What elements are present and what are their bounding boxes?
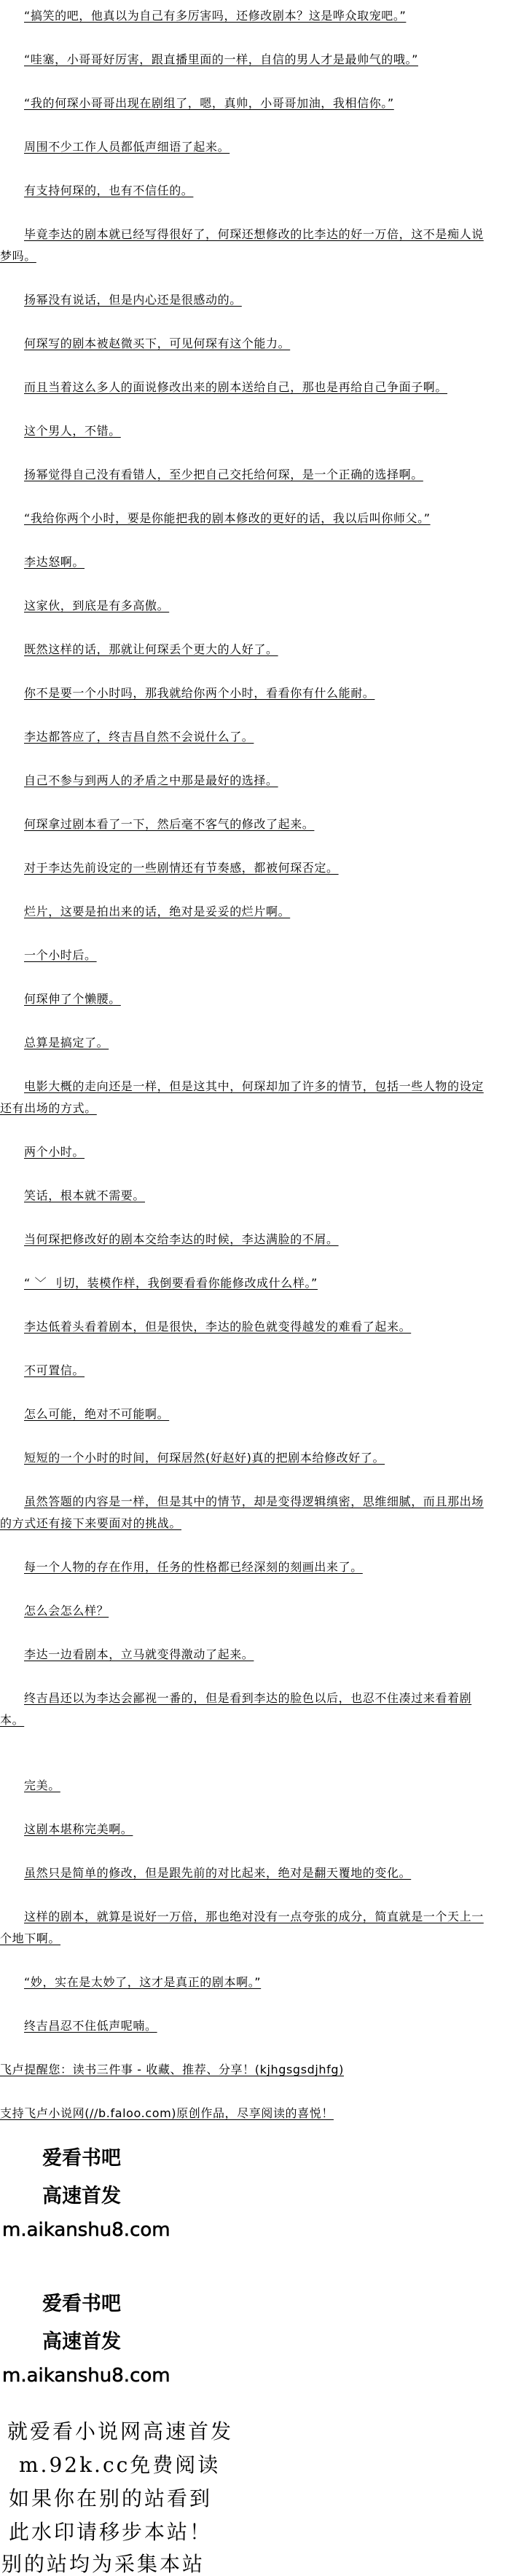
paragraph: 李达怒啊。 — [0, 551, 510, 573]
watermark-line: 就爱看小说网高速首发 — [7, 2419, 233, 2444]
watermark-slogan: 高速首发 — [42, 2331, 121, 2354]
watermark-url: m.aikanshu8.com — [2, 2364, 170, 2387]
watermark-line: m.92k.cc免费阅读 — [19, 2453, 220, 2478]
paragraph: “搞笑的吧，他真以为自己有多厉害吗，还修改剧本？这是哗众取宠吧。” — [0, 5, 510, 27]
paragraph: 总算是搞定了。 — [0, 1032, 510, 1054]
paragraph: 这家伙，到底是有多高傲。 — [0, 595, 510, 617]
watermark-line: 别的站均为采集本站 — [1, 2552, 205, 2576]
paragraph: 虽然只是简单的修改，但是跟先前的对比起来，绝对是翻天覆地的变化。 — [0, 1862, 510, 1884]
paragraph: 终吉昌还以为李达会鄙视一番的，但是看到李达的脸色以后，也忍不住凑过来看着剧本。 — [0, 1687, 510, 1731]
faloo-support-note: 支持飞卢小说网(//b.faloo.com)原创作品，尽享阅读的喜悦！ — [0, 2103, 510, 2124]
paragraph: 扬幂没有说话，但是内心还是很感动的。 — [0, 289, 510, 311]
paragraph: 周围不少工作人员都低声细语了起来。 — [0, 136, 510, 158]
paragraph: 每一个人物的存在作用，任务的性格都已经深刻的刻画出来了。 — [0, 1556, 510, 1578]
paragraph: “我给你两个小时，要是你能把我的剧本修改的更好的话，我以后叫你师父。” — [0, 508, 510, 529]
paragraph: 不可置信。 — [0, 1360, 510, 1382]
paragraph: 李达都答应了，终吉昌自然不会说什么了。 — [0, 726, 510, 748]
paragraph: 毕竟李达的剧本就已经写得很好了，何琛还想修改的比李达的好一万倍，这不是痴人说梦吗… — [0, 224, 510, 267]
paragraph: 既然这样的话，那就让何琛丢个更大的人好了。 — [0, 639, 510, 661]
watermark-site-name: 爱看书吧 — [42, 2147, 121, 2170]
paragraph: 何琛拿过剧本看了一下，然后毫不客气的修改了起来。 — [0, 814, 510, 835]
paragraph: 李达低着头看着剧本，但是很快，李达的脸色就变得越发的难看了起来。 — [0, 1316, 510, 1338]
paragraph: 何琛伸了个懒腰。 — [0, 988, 510, 1010]
chapter-text: “搞笑的吧，他真以为自己有多厉害吗，还修改剧本？这是哗众取宠吧。”“哇塞，小哥哥… — [0, 5, 510, 2146]
watermark-url: m.aikanshu8.com — [2, 2218, 170, 2242]
paragraph: 自己不参与到两人的矛盾之中那是最好的选择。 — [0, 770, 510, 792]
paragraph: 烂片，这要是拍出来的话，绝对是妥妥的烂片啊。 — [0, 901, 510, 923]
paragraph: 短短的一个小时的时间，何琛居然(好赵好)真的把剧本给修改好了。 — [0, 1447, 510, 1469]
paragraph: 何琛写的剧本被赵微买下，可见何琛有这个能力。 — [0, 333, 510, 355]
paragraph: 扬幂觉得自己没有看错人，至少把自己交托给何琛，是一个正确的选择啊。 — [0, 464, 510, 486]
paragraph: 这个男人，不错。 — [0, 420, 510, 442]
watermark-slogan: 高速首发 — [42, 2185, 121, 2208]
paragraph: 这样的剧本，就算是说好一万倍，那也绝对没有一点夸张的成分，简直就是一个天上一个地… — [0, 1906, 510, 1950]
paragraph: 笑话，根本就不需要。 — [0, 1185, 510, 1207]
watermark-line: 如果你在别的站看到 — [9, 2486, 212, 2511]
paragraph: 完美。 — [0, 1775, 510, 1797]
faloo-reminder-note: 飞卢提醒您：读书三件事 - 收藏、推荐、分享！(kjhgsgsdjhfg) — [0, 2059, 510, 2081]
paragraph: “妙，实在是太妙了，这才是真正的剧本啊。” — [0, 1972, 510, 1993]
paragraph: 而且当着这么多人的面说修改出来的剧本送给自己，那也是再给自己争面子啊。 — [0, 377, 510, 398]
watermark-line: 此水印请移步本站！ — [9, 2520, 212, 2545]
paragraph: 电影大概的走向还是一样，但是这其中，何琛却加了许多的情节，包括一些人物的设定还有… — [0, 1076, 510, 1119]
paragraph: 一个小时后。 — [0, 945, 510, 966]
paragraph: 当何琛把修改好的剧本交给李达的时候，李达满脸的不屑。 — [0, 1229, 510, 1250]
paragraph: 你不是要一个小时吗，那我就给你两个小时，看看你有什么能耐。 — [0, 682, 510, 704]
paragraph: “我的何琛小哥哥出现在剧组了，嗯，真帅，小哥哥加油，我相信你。” — [0, 92, 510, 114]
paragraph: 李达一边看剧本，立马就变得激动了起来。 — [0, 1644, 510, 1666]
paragraph: “ ﹀ 刂切，装模作样，我倒要看看你能修改成什么样。” — [0, 1272, 510, 1294]
paragraph: 怎么会怎么样？ — [0, 1600, 510, 1622]
paragraph: 终吉昌忍不住低声呢喃。 — [0, 2015, 510, 2037]
watermark-site-name: 爱看书吧 — [42, 2293, 121, 2316]
paragraph-spacer — [0, 1753, 510, 1775]
paragraph: “哇塞，小哥哥好厉害，跟直播里面的一样，自信的男人才是最帅气的哦。” — [0, 49, 510, 71]
paragraph: 有支持何琛的，也有不信任的。 — [0, 180, 510, 202]
paragraph: 对于李达先前设定的一些剧情还有节奏感，都被何琛否定。 — [0, 857, 510, 879]
paragraph: 这剧本堪称完美啊。 — [0, 1819, 510, 1840]
paragraph: 怎么可能，绝对不可能啊。 — [0, 1403, 510, 1425]
paragraph: 两个小时。 — [0, 1141, 510, 1163]
paragraph: 虽然答题的内容是一样，但是其中的情节，却是变得逻辑缜密，思维细腻，而且那出场的方… — [0, 1491, 510, 1535]
